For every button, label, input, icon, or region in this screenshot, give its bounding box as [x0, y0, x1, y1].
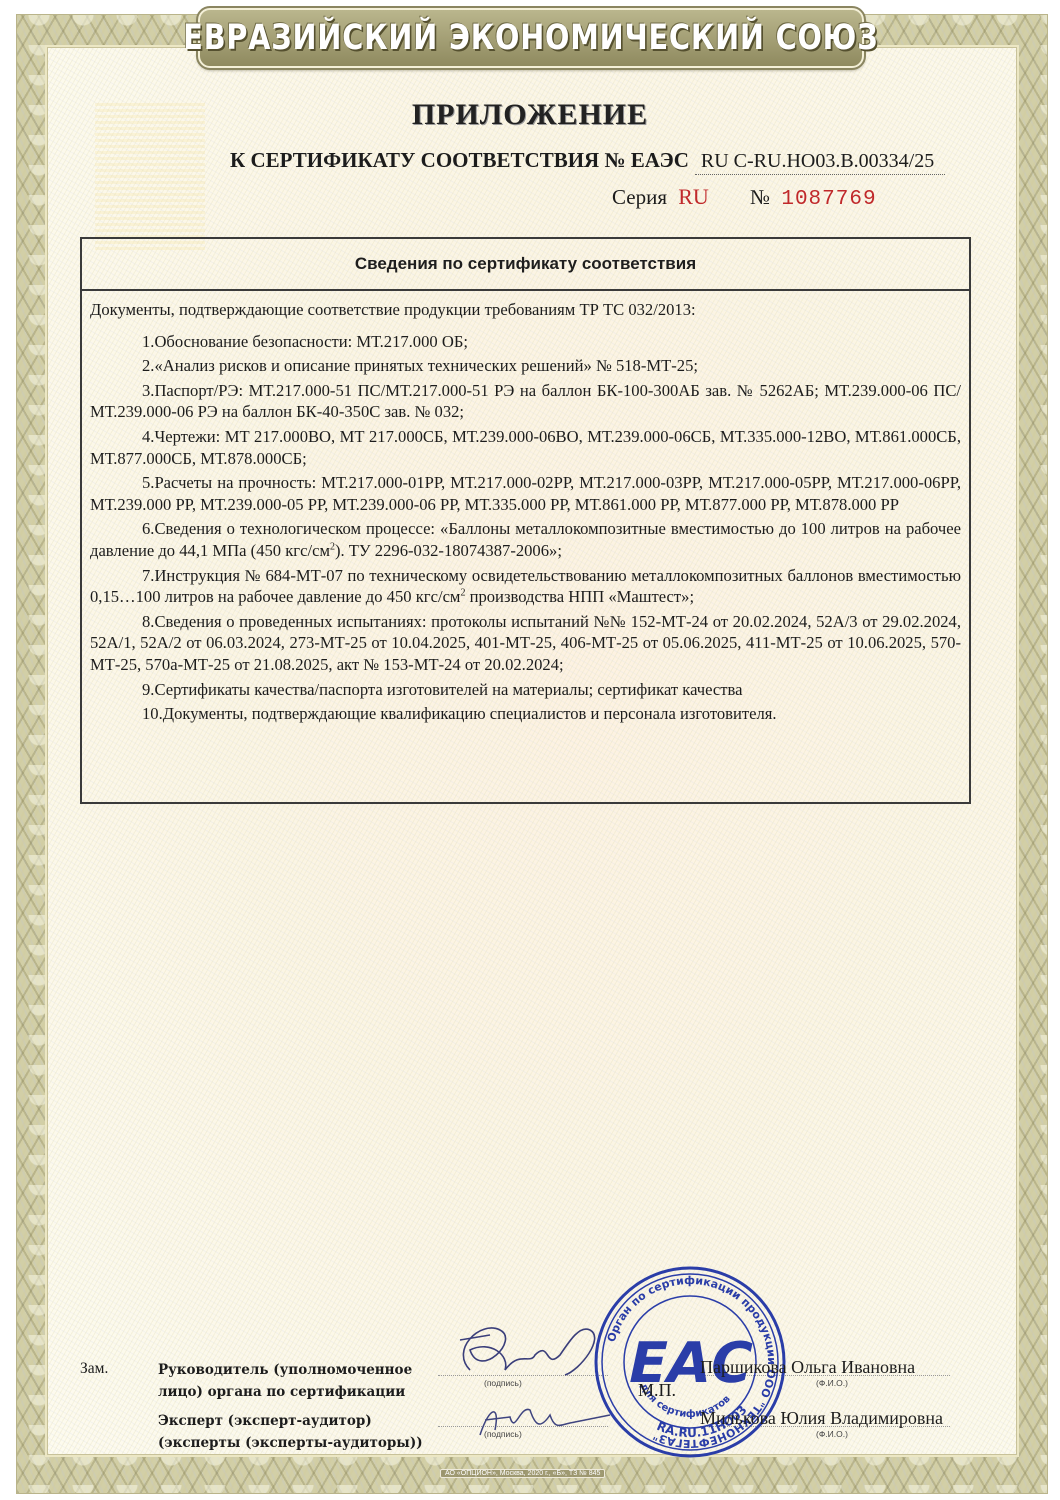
- item-text: «Анализ рисков и описание принятых техни…: [154, 356, 698, 375]
- series-line: Серия RU № 1087769: [612, 184, 877, 211]
- item-text: Чертежи: МТ 217.000ВО, МТ 217.000СБ, МТ.…: [90, 427, 961, 468]
- item-text: Расчеты на прочность: МТ.217.000-01РР, М…: [90, 473, 961, 514]
- document-item: 5.Расчеты на прочность: МТ.217.000-01РР,…: [90, 472, 961, 515]
- certificate-details-table: Сведения по сертификату соответствия Док…: [80, 237, 971, 804]
- expert-name: Милькова Юлия Владимировна: [700, 1408, 943, 1429]
- document-item: 9.Сертификаты качества/паспорта изготови…: [90, 679, 961, 701]
- item-number: 8.: [116, 611, 154, 633]
- deputy-prefix: Зам.: [80, 1360, 108, 1378]
- item-number: 2.: [116, 355, 154, 377]
- item-text: Документы, подтверждающие квалификацию с…: [163, 704, 777, 723]
- item-text-continued: ). ТУ 2296-032-18074387-2006»;: [335, 541, 562, 560]
- expert-role-line1: Эксперт (эксперт-аудитор): [158, 1410, 423, 1432]
- blank-number: 1087769: [781, 188, 876, 211]
- item-number: 1.: [116, 331, 154, 353]
- item-text: Паспорт/РЭ: МТ.217.000-51 ПС/МТ.217.000-…: [90, 381, 961, 422]
- expert-role-line2: (эксперты (эксперты-аудиторы)): [158, 1432, 423, 1454]
- document-item: 4.Чертежи: МТ 217.000ВО, МТ 217.000СБ, М…: [90, 426, 961, 469]
- document-item: 7.Инструкция № 684-МТ-07 по техническому…: [90, 565, 961, 608]
- series-label: Серия: [612, 185, 667, 209]
- item-text-continued: производства НПП «Маштест»;: [465, 587, 694, 606]
- document-item: 2.«Анализ рисков и описание принятых тех…: [90, 355, 961, 377]
- printer-imprint: АО «ОПЦИОН», Москва, 2020 г., «Б», ТЗ № …: [440, 1469, 605, 1478]
- item-number: 9.: [116, 679, 154, 701]
- series-value: RU: [678, 184, 709, 209]
- item-number: 6.: [116, 518, 154, 540]
- page-title: ПРИЛОЖЕНИЕ: [0, 98, 1060, 132]
- document-item: 1.Обоснование безопасности: МТ.217.000 О…: [90, 331, 961, 353]
- document-item: 6.Сведения о технологическом процессе: «…: [90, 518, 961, 561]
- document-item: 3.Паспорт/РЭ: МТ.217.000-51 ПС/МТ.217.00…: [90, 380, 961, 423]
- seal-label: М.П.: [638, 1380, 676, 1401]
- number-label: №: [750, 185, 770, 209]
- documents-list: 1.Обоснование безопасности: МТ.217.000 О…: [90, 331, 961, 725]
- cert-number: RU C-RU.HO03.B.00334/25: [695, 150, 945, 175]
- head-name: Паршикова Ольга Ивановна: [700, 1357, 915, 1378]
- item-text: Сертификаты качества/паспорта изготовите…: [154, 680, 742, 699]
- head-role: Руководитель (уполномоченное лицо) орган…: [158, 1359, 412, 1403]
- document-item: 10.Документы, подтверждающие квалификаци…: [90, 703, 961, 725]
- item-text: Обоснование безопасности: МТ.217.000 ОБ;: [154, 332, 468, 351]
- certificate-reference: К СЕРТИФИКАТУ СООТВЕТСТВИЯ № ЕАЭСRU C-RU…: [230, 148, 945, 175]
- item-number: 4.: [116, 426, 154, 448]
- documents-intro: Документы, подтверждающие соответствие п…: [90, 299, 961, 321]
- expert-role: Эксперт (эксперт-аудитор) (эксперты (экс…: [158, 1410, 423, 1454]
- union-banner: ЕВРАЗИЙСКИЙ ЭКОНОМИЧЕСКИЙ СОЮЗ: [198, 8, 864, 68]
- head-role-line1: Руководитель (уполномоченное: [158, 1359, 412, 1381]
- item-number: 5.: [116, 472, 154, 494]
- cert-label: К СЕРТИФИКАТУ СООТВЕТСТВИЯ № ЕАЭС: [230, 148, 689, 172]
- expert-name-caption: (Ф.И.О.): [816, 1429, 848, 1439]
- item-text: Сведения о проведенных испытаниях: прото…: [90, 612, 961, 674]
- item-number: 10.: [116, 703, 163, 725]
- head-name-caption: (Ф.И.О.): [816, 1378, 848, 1388]
- table-heading: Сведения по сертификату соответствия: [82, 239, 969, 291]
- banner-text: ЕВРАЗИЙСКИЙ ЭКОНОМИЧЕСКИЙ СОЮЗ: [183, 18, 878, 58]
- item-number: 7.: [116, 565, 154, 587]
- head-role-line2: лицо) органа по сертификации: [158, 1381, 412, 1403]
- item-number: 3.: [116, 380, 154, 402]
- table-body: Документы, подтверждающие соответствие п…: [82, 291, 969, 725]
- document-item: 8.Сведения о проведенных испытаниях: про…: [90, 611, 961, 676]
